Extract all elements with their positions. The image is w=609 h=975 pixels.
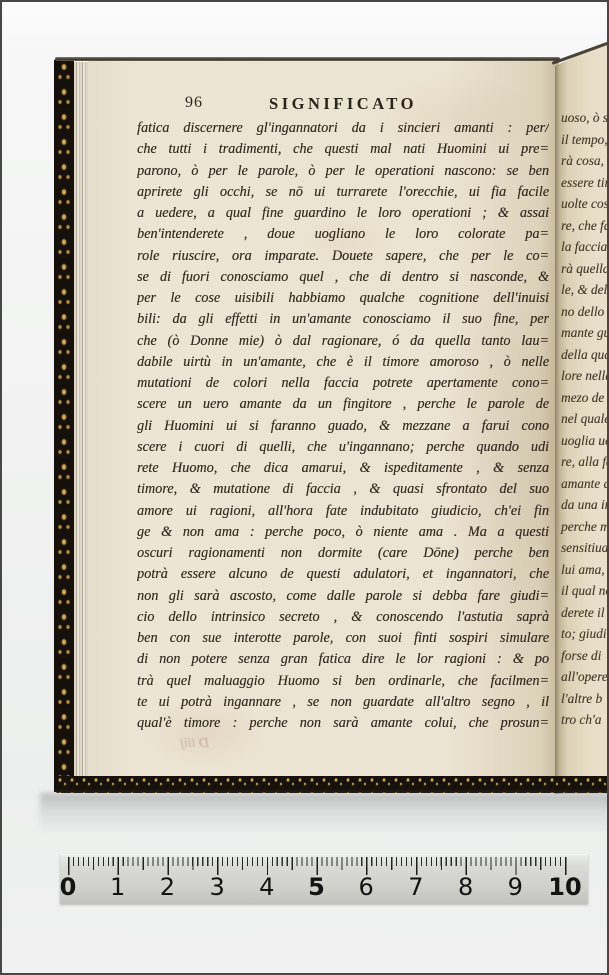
text-line: per le cose uisibili habbiamo qualche co… xyxy=(137,288,549,309)
text-line-fragment: all'opere xyxy=(561,666,609,688)
text-line: trà quel maluaggio Huomo si ben ordinarl… xyxy=(137,671,549,692)
text-line: bili: da gli effetti in un'amante conosc… xyxy=(137,309,549,330)
text-line-fragment: da una ind xyxy=(561,494,609,516)
text-line-fragment: derete il xyxy=(561,602,609,624)
text-line: scere i cuori di quelli, che u'ingannano… xyxy=(137,437,549,458)
text-line-fragment: mezo de gl xyxy=(561,387,609,409)
text-line-fragment: tro ch'a xyxy=(561,709,609,731)
text-line: qual'è timore : perche non sarà amante c… xyxy=(137,713,549,734)
text-line: dabile uirtù in un'amante, che è il timo… xyxy=(137,352,549,373)
text-line: che tutti i tradimenti, che questi mal n… xyxy=(137,139,549,160)
text-line: fatica discernere gl'ingannatori da i si… xyxy=(137,118,549,139)
text-line-fragment: la faccia, ch xyxy=(561,236,609,258)
text-line: ben'intenderete , doue uogliano le loro … xyxy=(137,224,549,245)
ruler-numbers: 012345678910 xyxy=(68,873,568,901)
text-line: non gli sarà ascosto, come dalle parole … xyxy=(137,586,549,607)
gilt-bottom-edge xyxy=(55,776,609,793)
text-line-fragment: uoglia uer xyxy=(561,430,609,452)
ruler-number: 3 xyxy=(209,873,224,901)
text-line-fragment: rà cosa, ò di xyxy=(561,150,609,172)
left-page: 96 SIGNIFICATO fatica discernere gl'inga… xyxy=(88,58,559,784)
text-line-fragment: re, alla fa xyxy=(561,451,609,473)
book-shadow xyxy=(40,793,609,841)
ruler-number: 5 xyxy=(308,873,325,901)
page-body-text: fatica discernere gl'ingannatori da i si… xyxy=(137,118,549,734)
text-line-fragment: amante ar xyxy=(561,473,609,495)
text-line-fragment: essere timore xyxy=(561,172,609,194)
text-line-fragment: lore nella f xyxy=(561,365,609,387)
text-line: ben con sue interotte parole, con suoi f… xyxy=(137,628,549,649)
text-line-fragment: nel quale s xyxy=(561,408,609,430)
text-line-fragment: no dello inu xyxy=(561,301,609,323)
page-fore-edges xyxy=(74,62,89,790)
text-line: potrà essere alcuno de questi adulatori,… xyxy=(137,564,549,585)
book-top-edge xyxy=(55,57,560,61)
photo-frame: 96 SIGNIFICATO fatica discernere gl'inga… xyxy=(0,0,609,975)
text-line-fragment: sensitiua d xyxy=(561,537,609,559)
ruler-number: 9 xyxy=(508,873,523,901)
ruler-number: 7 xyxy=(408,873,423,901)
text-line-fragment: il qual no xyxy=(561,580,609,602)
ruler-number: 6 xyxy=(359,873,374,901)
text-line: a uedere, a qual fine guardino le loro o… xyxy=(137,203,549,224)
text-line: cio dello intrinsico secreto , & conosce… xyxy=(137,607,549,628)
text-line: ge & non ama : perche poco, ò niente ama… xyxy=(137,522,549,543)
text-line: parono, ò per le parole, ò per le operat… xyxy=(137,161,549,182)
text-line-fragment: to; giudi xyxy=(561,623,609,645)
text-line-fragment: della quale xyxy=(561,344,609,366)
text-line: mutationi de colori nella faccia potrete… xyxy=(137,373,549,394)
ruler-number: 10 xyxy=(548,873,581,901)
text-line: scere un uero amante da un fingitore , p… xyxy=(137,394,549,415)
text-line-fragment: l'altre b xyxy=(561,688,609,710)
text-line: te ui potrà ingannare , se non guardate … xyxy=(137,692,549,713)
ruler-number: 1 xyxy=(110,873,125,901)
text-line-fragment: forse di xyxy=(561,645,609,667)
text-line-fragment: il tempo, et p xyxy=(561,129,609,151)
ruler-number: 4 xyxy=(259,873,274,901)
ruler: 012345678910 xyxy=(60,854,588,904)
text-line: role riuscire, ora imparate. Douete sape… xyxy=(137,246,549,267)
text-line-fragment: mante guar xyxy=(561,322,609,344)
ruler-number: 0 xyxy=(60,873,77,901)
text-line: gli Huomini ui si faranno guado, & mezza… xyxy=(137,416,549,437)
right-page: uoso, ò senzil tempo, et prà cosa, ò die… xyxy=(555,40,609,794)
ruler-number: 8 xyxy=(458,873,473,901)
text-line: se di fuori conosciamo quel , che di den… xyxy=(137,267,549,288)
right-page-text: uoso, ò senzil tempo, et prà cosa, ò die… xyxy=(561,107,609,731)
ruler-number: 2 xyxy=(160,873,175,901)
gilt-binding-edge xyxy=(54,60,74,792)
running-header: SIGNIFICATO xyxy=(137,94,549,114)
text-line-fragment: rà quella, ch xyxy=(561,258,609,280)
text-line-fragment: le, & del lo xyxy=(561,279,609,301)
text-line: oscuri ragionamenti non dormite (care Dō… xyxy=(137,543,549,564)
text-line-fragment: re, che faria xyxy=(561,215,609,237)
text-line-fragment: uoso, ò senz xyxy=(561,107,609,129)
text-line-fragment: uolte cosi be xyxy=(561,193,609,215)
text-line: che (ò Donne mie) ò dal ragionare, ó da … xyxy=(137,331,549,352)
page-header: 96 SIGNIFICATO xyxy=(137,94,549,116)
text-line-fragment: lui ama, xyxy=(561,559,609,581)
text-line: di non potere senza gran fatica dire le … xyxy=(137,649,549,670)
text-line: amore ui ragioni, all'hora fate indubita… xyxy=(137,501,549,522)
text-line: timore, & mutatione di faccia , & quasi … xyxy=(137,479,549,500)
text-line: aprirete gli occhi, se nō ui turrarete l… xyxy=(137,182,549,203)
signature-mark-ghost: D iiij xyxy=(180,736,209,752)
text-line-fragment: perche m xyxy=(561,516,609,538)
text-line: rete Huomo, che dica amarui, & ispeditam… xyxy=(137,458,549,479)
